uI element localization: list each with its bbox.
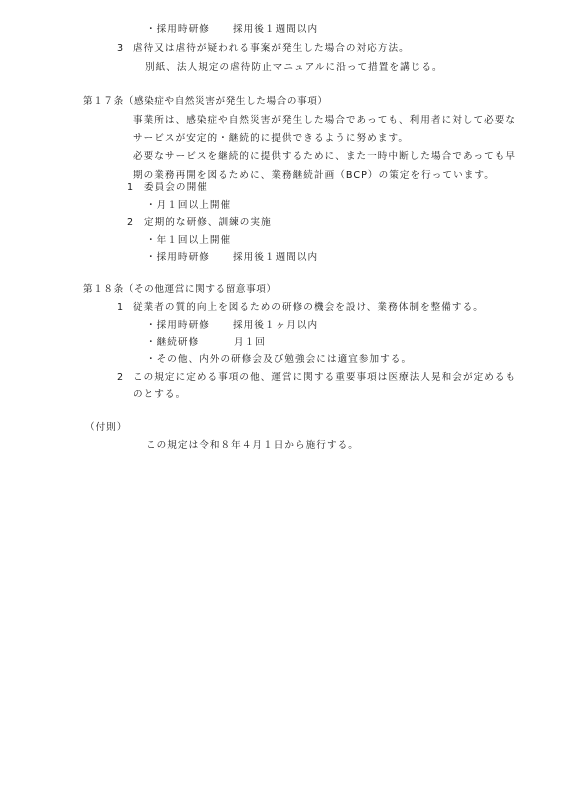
item-bullet: ・年１回以上開催 bbox=[146, 235, 231, 247]
item-bullet-value: 月１回 bbox=[234, 337, 266, 349]
document-page: ・採用時研修 採用後１週間以内 3 虐待又は虐待が疑われる事案が発生した場合の対… bbox=[0, 0, 565, 800]
item-bullet-label: ・採用時研修 bbox=[146, 252, 210, 264]
item-bullet-value: 採用後１週間以内 bbox=[233, 252, 318, 264]
item-number: 2 bbox=[127, 217, 133, 229]
item-text: 委員会の開催 bbox=[144, 182, 208, 194]
item-number: 1 bbox=[117, 302, 123, 314]
item-bullet: ・月１回以上開催 bbox=[146, 200, 231, 212]
item-text-line2: のとする。 bbox=[133, 389, 186, 401]
item-bullet-value: 採用後１ヶ月以内 bbox=[233, 320, 318, 332]
bullet-training-label: ・採用時研修 bbox=[146, 24, 210, 36]
article-17-heading: 第１７条（感染症や自然災害が発生した場合の事項） bbox=[83, 96, 328, 108]
article-17-para2-line2: 期の業務再開を図るために、業務継続計画（BCP）の策定を行っています。 bbox=[133, 170, 495, 182]
bullet-training-value: 採用後１週間以内 bbox=[233, 24, 318, 36]
article-17-para1-line2: サービスが安定的・継続的に提供できるように努めます。 bbox=[133, 133, 409, 145]
item-number: 1 bbox=[127, 182, 133, 194]
article-18-heading: 第１８条（その他運営に関する留意事項） bbox=[83, 284, 277, 296]
item-text: 定期的な研修、訓練の実施 bbox=[144, 217, 272, 229]
item-number: 2 bbox=[117, 372, 123, 384]
article-17-para1-line1: 事業所は、感染症や自然災害が発生した場合であっても、利用者に対して必要な bbox=[133, 115, 516, 127]
supplementary-text: この規定は令和８年４月１日から施行する。 bbox=[146, 440, 359, 452]
supplementary-heading: （付則） bbox=[85, 422, 128, 434]
item-number: 3 bbox=[117, 43, 123, 55]
item-text: 虐待又は虐待が疑われる事案が発生した場合の対応方法。 bbox=[133, 43, 410, 55]
item-detail: 別紙、法人規定の虐待防止マニュアルに沿って措置を講じる。 bbox=[145, 62, 443, 74]
item-bullet-label: ・採用時研修 bbox=[146, 320, 210, 332]
article-17-para2-line1: 必要なサービスを継続的に提供するために、また一時中断した場合であっても早 bbox=[133, 151, 516, 163]
item-bullet-label: ・継続研修 bbox=[146, 337, 199, 349]
item-text: 従業者の質的向上を図るための研修の機会を設け、業務体制を整備する。 bbox=[133, 302, 484, 314]
item-text-line1: この規定に定める事項の他、運営に関する重要事項は医療法人晃和会が定めるも bbox=[133, 372, 516, 384]
item-bullet: ・その他、内外の研修会及び勉強会には適宜参加する。 bbox=[146, 354, 412, 366]
